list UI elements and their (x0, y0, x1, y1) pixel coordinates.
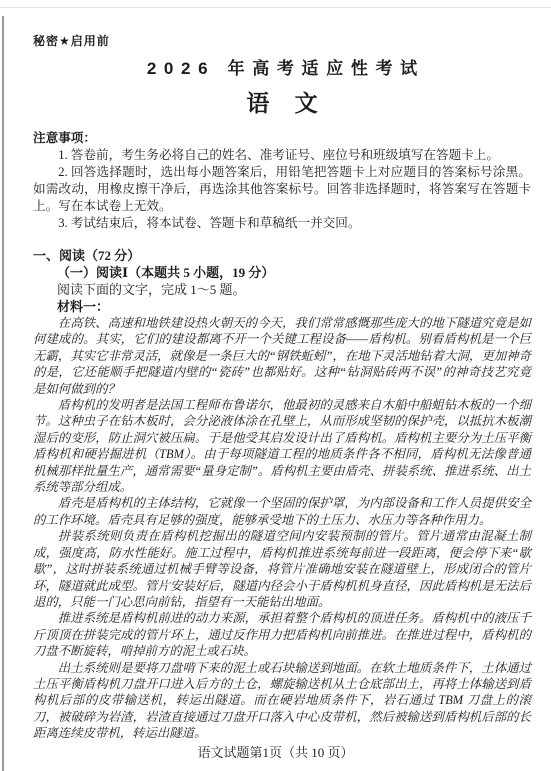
material-label: 材料一： (57, 298, 531, 315)
exam-title: 2026 年高考适应性考试 (33, 58, 531, 79)
material-paragraph: 拼装系统则负责在盾构机挖掘出的隧道空间内安装预制的管片。管片通常由混凝土制成，强… (33, 528, 531, 610)
subsection-heading: （一）阅读Ⅰ（本题共 5 小题，19 分） (57, 264, 531, 281)
exam-paper-page: 秘密★启用前 2026 年高考适应性考试 语文 注意事项： 1. 答卷前，考生务… (0, 0, 551, 771)
material-paragraph: 出土系统则是要将刀盘啃下来的泥土或石块输送到地面。在软土地质条件下，土体通过土压… (33, 660, 531, 742)
subject-title: 语文 (33, 90, 531, 117)
notice-section: 注意事项： 1. 答卷前，考生务必将自己的姓名、准考证号、座位号和班级填写在答题… (33, 130, 531, 232)
notice-item-3: 3. 考试结束后，将本试卷、答题卡和草稿纸一并交回。 (33, 215, 531, 232)
notice-heading: 注意事项： (33, 130, 531, 147)
material-text: 在高铁、高速和地铁建设热火朝天的今天，我们常常感慨那些庞大的地下隧道究竟是如何建… (33, 315, 531, 742)
material-paragraph: 在高铁、高速和地铁建设热火朝天的今天，我们常常感慨那些庞大的地下隧道究竟是如何建… (33, 315, 531, 397)
classification-label: 秘密★启用前 (33, 34, 531, 49)
page-content: 秘密★启用前 2026 年高考适应性考试 语文 注意事项： 1. 答卷前，考生务… (33, 0, 531, 742)
material-paragraph: 盾构机的发明者是法国工程师布鲁诺尔，他最初的灵感来自木船中船蛆钻木板的一个细节。… (33, 397, 531, 495)
section-heading: 一、阅读（72 分） (33, 247, 531, 264)
reading-section: 一、阅读（72 分） （一）阅读Ⅰ（本题共 5 小题，19 分） 阅读下面的文字… (33, 247, 531, 742)
material-paragraph: 盾壳是盾构机的主体结构，它就像一个坚固的保护罩，为内部设备和工作人员提供安全的工… (33, 495, 531, 528)
scan-left-edge-line (2, 16, 4, 771)
notice-item-1: 1. 答卷前，考生务必将自己的姓名、准考证号、座位号和班级填写在答题卡上。 (33, 147, 531, 164)
reading-instruction: 阅读下面的文字，完成 1～5 题。 (57, 281, 531, 298)
notice-item-2: 2. 回答选择题时，选出每小题答案后，用铅笔把答题卡上对应题目的答案标号涂黑。如… (33, 164, 531, 215)
page-number-footer: 语文试题第1页（共 10 页） (0, 742, 551, 761)
material-paragraph: 推进系统是盾构机前进的动力来源，承担着整个盾构机的顶进任务。盾构机中的液压千斤顶… (33, 610, 531, 659)
